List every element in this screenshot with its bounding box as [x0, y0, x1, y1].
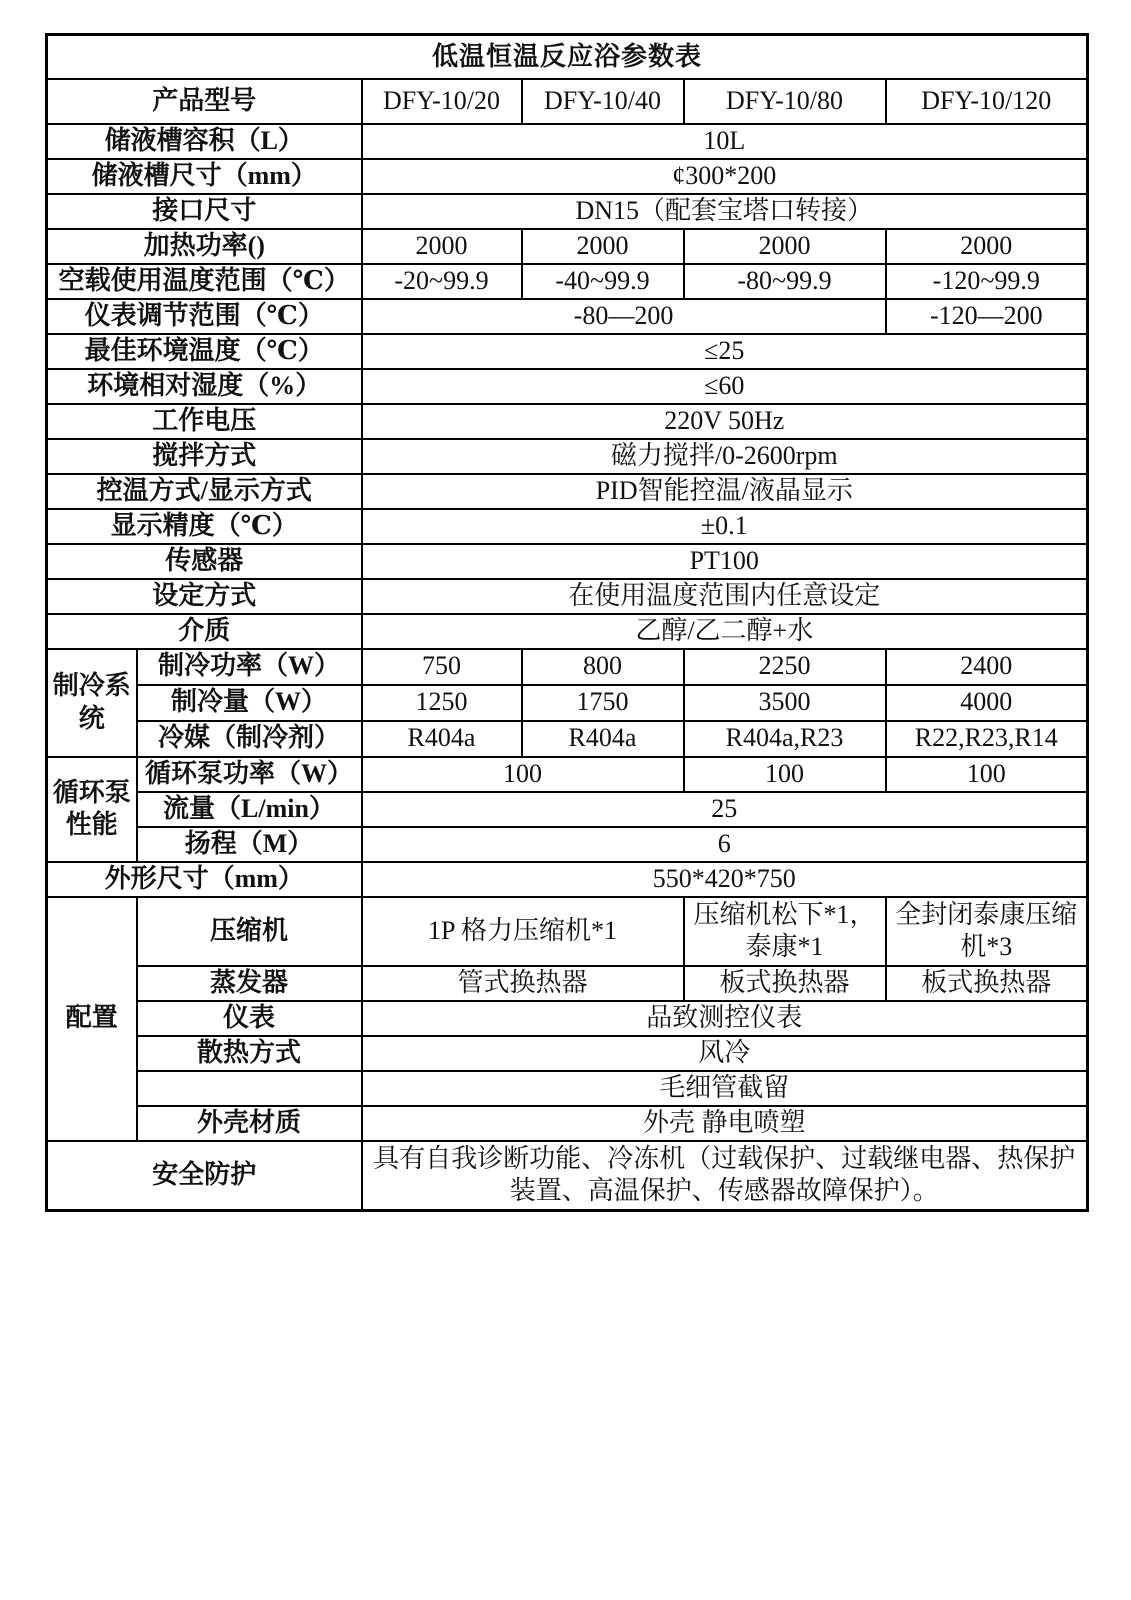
- cooling-power-label: 制冷功率（W）: [137, 649, 362, 685]
- instrument-row: 仪表 品致测控仪表: [47, 1001, 1088, 1036]
- instrument-adjust-range-1: -80—200: [362, 299, 886, 334]
- dimensions-value: 550*420*750: [362, 862, 1088, 897]
- heating-power-1: 2000: [362, 229, 522, 264]
- ambient-humidity-row: 环境相对湿度（%） ≤60: [47, 369, 1088, 404]
- capillary-value: 毛细管截留: [362, 1071, 1088, 1106]
- dimensions-label: 外形尺寸（mm）: [47, 862, 362, 897]
- cooling-system-group-label: 制冷系统: [47, 649, 137, 757]
- ambient-humidity-label: 环境相对湿度（%）: [47, 369, 362, 404]
- refrigerant-row: 冷媒（制冷剂） R404a R404a R404a,R23 R22,R23,R1…: [47, 721, 1088, 757]
- compressor-3: 全封闭泰康压缩机*3: [886, 897, 1088, 966]
- heating-power-4: 2000: [886, 229, 1088, 264]
- best-ambient-temp-label: 最佳环境温度（℃）: [47, 334, 362, 369]
- display-precision-row: 显示精度（℃） ±0.1: [47, 509, 1088, 544]
- heating-power-row: 加热功率() 2000 2000 2000 2000: [47, 229, 1088, 264]
- setting-mode-label: 设定方式: [47, 579, 362, 614]
- sensor-row: 传感器 PT100: [47, 544, 1088, 579]
- circulating-pump-group-label: 循环泵性能: [47, 757, 137, 862]
- flow-rate-row: 流量（L/min） 25: [47, 792, 1088, 827]
- safety-protection-value: 具有自我诊断功能、冷冻机（过载保护、过载继电器、热保护装置、高温保护、传感器故障…: [362, 1141, 1088, 1211]
- flow-rate-label: 流量（L/min）: [137, 792, 362, 827]
- display-precision-value: ±0.1: [362, 509, 1088, 544]
- cooling-capacity-1: 1250: [362, 685, 522, 721]
- no-load-temp-range-row: 空载使用温度范围（℃） -20~99.9 -40~99.9 -80~99.9 -…: [47, 264, 1088, 299]
- refrigerant-3: R404a,R23: [684, 721, 886, 757]
- evaporator-label: 蒸发器: [137, 966, 362, 1001]
- compressor-row: 配置 压缩机 1P 格力压缩机*1 压缩机松下*1，泰康*1 全封闭泰康压缩机*…: [47, 897, 1088, 966]
- no-load-temp-range-3: -80~99.9: [684, 264, 886, 299]
- no-load-temp-range-label: 空载使用温度范围（℃）: [47, 264, 362, 299]
- instrument-adjust-range-row: 仪表调节范围（℃） -80—200 -120—200: [47, 299, 1088, 334]
- capillary-row: 毛细管截留: [47, 1071, 1088, 1106]
- no-load-temp-range-2: -40~99.9: [522, 264, 684, 299]
- page: 低温恒温反应浴参数表 产品型号 DFY-10/20 DFY-10/40 DFY-…: [0, 0, 1131, 1600]
- cooling-capacity-label: 制冷量（W）: [137, 685, 362, 721]
- temp-control-display-row: 控温方式/显示方式 PID智能控温/液晶显示: [47, 474, 1088, 509]
- instrument-label: 仪表: [137, 1001, 362, 1036]
- product-model-4: DFY-10/120: [886, 79, 1088, 124]
- product-model-2: DFY-10/40: [522, 79, 684, 124]
- sensor-value: PT100: [362, 544, 1088, 579]
- compressor-label: 压缩机: [137, 897, 362, 966]
- product-model-3: DFY-10/80: [684, 79, 886, 124]
- tank-volume-value: 10L: [362, 124, 1088, 159]
- product-model-1: DFY-10/20: [362, 79, 522, 124]
- tank-size-row: 储液槽尺寸（mm） ¢300*200: [47, 159, 1088, 194]
- cooling-power-row: 制冷系统 制冷功率（W） 750 800 2250 2400: [47, 649, 1088, 685]
- cooling-power-2: 800: [522, 649, 684, 685]
- heat-dissipation-value: 风冷: [362, 1036, 1088, 1071]
- refrigerant-label: 冷媒（制冷剂）: [137, 721, 362, 757]
- setting-mode-row: 设定方式 在使用温度范围内任意设定: [47, 579, 1088, 614]
- pump-power-3: 100: [886, 757, 1088, 792]
- no-load-temp-range-4: -120~99.9: [886, 264, 1088, 299]
- lift-value: 6: [362, 827, 1088, 862]
- title-row: 低温恒温反应浴参数表: [47, 35, 1088, 79]
- flow-rate-value: 25: [362, 792, 1088, 827]
- evaporator-row: 蒸发器 管式换热器 板式换热器 板式换热器: [47, 966, 1088, 1001]
- cooling-capacity-4: 4000: [886, 685, 1088, 721]
- safety-protection-row: 安全防护 具有自我诊断功能、冷冻机（过载保护、过载继电器、热保护装置、高温保护、…: [47, 1141, 1088, 1211]
- instrument-value: 品致测控仪表: [362, 1001, 1088, 1036]
- tank-size-label: 储液槽尺寸（mm）: [47, 159, 362, 194]
- refrigerant-4: R22,R23,R14: [886, 721, 1088, 757]
- cooling-capacity-2: 1750: [522, 685, 684, 721]
- temp-control-display-label: 控温方式/显示方式: [47, 474, 362, 509]
- shell-material-label: 外壳材质: [137, 1106, 362, 1141]
- stirring-mode-row: 搅拌方式 磁力搅拌/0-2600rpm: [47, 439, 1088, 474]
- tank-volume-row: 储液槽容积（L） 10L: [47, 124, 1088, 159]
- refrigerant-1: R404a: [362, 721, 522, 757]
- tank-volume-label: 储液槽容积（L）: [47, 124, 362, 159]
- setting-mode-value: 在使用温度范围内任意设定: [362, 579, 1088, 614]
- dimensions-row: 外形尺寸（mm） 550*420*750: [47, 862, 1088, 897]
- cooling-power-4: 2400: [886, 649, 1088, 685]
- stirring-mode-value: 磁力搅拌/0-2600rpm: [362, 439, 1088, 474]
- safety-protection-label: 安全防护: [47, 1141, 362, 1211]
- medium-row: 介质 乙醇/乙二醇+水: [47, 614, 1088, 649]
- no-load-temp-range-1: -20~99.9: [362, 264, 522, 299]
- working-voltage-value: 220V 50Hz: [362, 404, 1088, 439]
- instrument-adjust-range-2: -120—200: [886, 299, 1088, 334]
- product-model-row: 产品型号 DFY-10/20 DFY-10/40 DFY-10/80 DFY-1…: [47, 79, 1088, 124]
- pump-power-2: 100: [684, 757, 886, 792]
- shell-material-value: 外壳 静电喷塑: [362, 1106, 1088, 1141]
- instrument-adjust-range-label: 仪表调节范围（℃）: [47, 299, 362, 334]
- ambient-humidity-value: ≤60: [362, 369, 1088, 404]
- port-size-row: 接口尺寸 DN15（配套宝塔口转接）: [47, 194, 1088, 229]
- compressor-1: 1P 格力压缩机*1: [362, 897, 684, 966]
- cooling-power-1: 750: [362, 649, 522, 685]
- heating-power-label: 加热功率(): [47, 229, 362, 264]
- capillary-label: [137, 1071, 362, 1106]
- lift-row: 扬程（M） 6: [47, 827, 1088, 862]
- pump-power-label: 循环泵功率（W）: [137, 757, 362, 792]
- pump-power-1: 100: [362, 757, 684, 792]
- heat-dissipation-row: 散热方式 风冷: [47, 1036, 1088, 1071]
- heating-power-2: 2000: [522, 229, 684, 264]
- configuration-group-label: 配置: [47, 897, 137, 1141]
- port-size-value: DN15（配套宝塔口转接）: [362, 194, 1088, 229]
- cooling-capacity-row: 制冷量（W） 1250 1750 3500 4000: [47, 685, 1088, 721]
- cooling-capacity-3: 3500: [684, 685, 886, 721]
- best-ambient-temp-value: ≤25: [362, 334, 1088, 369]
- heating-power-3: 2000: [684, 229, 886, 264]
- sensor-label: 传感器: [47, 544, 362, 579]
- working-voltage-row: 工作电压 220V 50Hz: [47, 404, 1088, 439]
- parameter-table: 低温恒温反应浴参数表 产品型号 DFY-10/20 DFY-10/40 DFY-…: [45, 33, 1089, 1212]
- evaporator-2: 板式换热器: [684, 966, 886, 1001]
- medium-label: 介质: [47, 614, 362, 649]
- display-precision-label: 显示精度（℃）: [47, 509, 362, 544]
- lift-label: 扬程（M）: [137, 827, 362, 862]
- refrigerant-2: R404a: [522, 721, 684, 757]
- product-model-label: 产品型号: [47, 79, 362, 124]
- cooling-power-3: 2250: [684, 649, 886, 685]
- evaporator-3: 板式换热器: [886, 966, 1088, 1001]
- medium-value: 乙醇/乙二醇+水: [362, 614, 1088, 649]
- pump-power-row: 循环泵性能 循环泵功率（W） 100 100 100: [47, 757, 1088, 792]
- working-voltage-label: 工作电压: [47, 404, 362, 439]
- evaporator-1: 管式换热器: [362, 966, 684, 1001]
- compressor-2: 压缩机松下*1，泰康*1: [684, 897, 886, 966]
- heat-dissipation-label: 散热方式: [137, 1036, 362, 1071]
- shell-material-row: 外壳材质 外壳 静电喷塑: [47, 1106, 1088, 1141]
- table-title: 低温恒温反应浴参数表: [47, 35, 1088, 79]
- tank-size-value: ¢300*200: [362, 159, 1088, 194]
- stirring-mode-label: 搅拌方式: [47, 439, 362, 474]
- port-size-label: 接口尺寸: [47, 194, 362, 229]
- temp-control-display-value: PID智能控温/液晶显示: [362, 474, 1088, 509]
- best-ambient-temp-row: 最佳环境温度（℃） ≤25: [47, 334, 1088, 369]
